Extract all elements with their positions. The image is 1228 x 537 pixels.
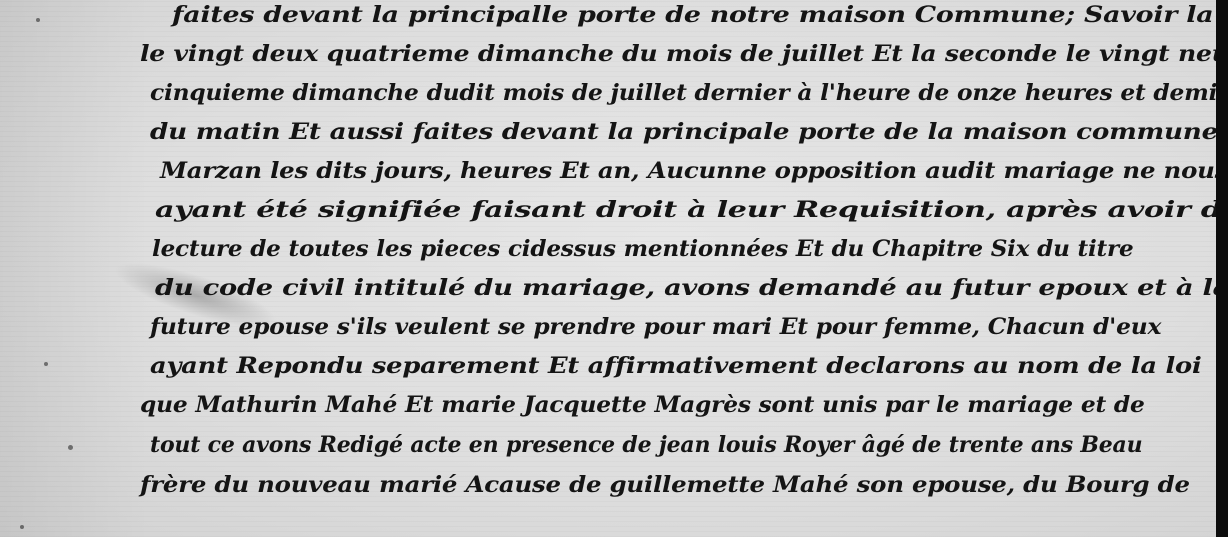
manuscript-line-2: le vingt deux quatrieme dimanche du mois…	[140, 41, 1216, 67]
manuscript-line-12: tout ce avons Redigé acte en presence de…	[150, 432, 1142, 458]
manuscript-line-8: du code civil intitulé du mariage, avons…	[155, 275, 1216, 301]
paper-speck	[44, 362, 48, 366]
scan-border	[1216, 0, 1228, 537]
manuscript-line-6: ayant été signifiée faisant droit à leur…	[155, 197, 1216, 223]
manuscript-line-13: frère du nouveau marié Acause de guillem…	[140, 472, 1190, 498]
paper-speck	[36, 18, 40, 22]
paper-speck	[20, 525, 24, 529]
manuscript-line-4: du matin Et aussi faites devant la princ…	[150, 119, 1216, 145]
manuscript-page: faites devant la principalle porte de no…	[0, 0, 1216, 537]
paper-speck	[68, 445, 73, 450]
manuscript-line-1: faites devant la principalle porte de no…	[172, 2, 1216, 28]
manuscript-line-7: lecture de toutes les pieces cidessus me…	[152, 236, 1133, 262]
manuscript-line-10: ayant Repondu separement Et affirmativem…	[150, 353, 1202, 379]
manuscript-line-9: future epouse s'ils veulent se prendre p…	[150, 314, 1161, 340]
manuscript-line-11: que Mathurin Mahé Et marie Jacquette Mag…	[140, 392, 1145, 418]
manuscript-line-5: Marzan les dits jours, heures Et an, Auc…	[160, 158, 1216, 184]
manuscript-line-3: cinquieme dimanche dudit mois de juillet…	[150, 80, 1216, 106]
